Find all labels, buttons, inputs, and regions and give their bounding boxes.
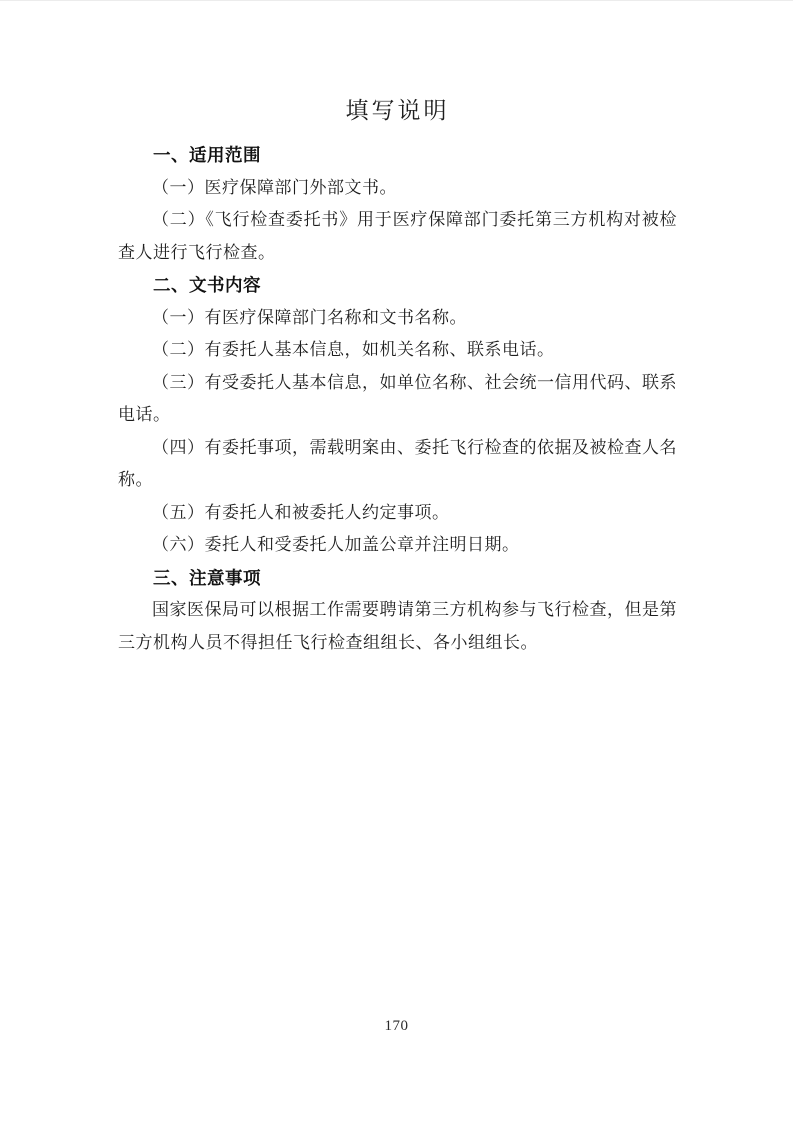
page-title: 填写说明 <box>118 96 677 126</box>
paragraph: （五）有委托人和被委托人约定事项。 <box>118 497 677 530</box>
page-number: 170 <box>0 1016 793 1036</box>
section-content: 二、文书内容 （一）有医疗保障部门名称和文书名称。 （二）有委托人基本信息，如机… <box>118 269 677 562</box>
document-body: 填写说明 一、适用范围 （一）医疗保障部门外部文书。 （二）《飞行检查委托书》用… <box>118 96 677 659</box>
paragraph: （三）有受委托人基本信息，如单位名称、社会统一信用代码、联系电话。 <box>118 367 677 432</box>
paragraph: （一）医疗保障部门外部文书。 <box>118 172 677 205</box>
paragraph: （一）有医疗保障部门名称和文书名称。 <box>118 302 677 335</box>
section-heading-notes: 三、注意事项 <box>118 562 677 595</box>
paragraph: （二）《飞行检查委托书》用于医疗保障部门委托第三方机构对被检查人进行飞行检查。 <box>118 204 677 269</box>
section-heading-content: 二、文书内容 <box>118 269 677 302</box>
paragraph: （四）有委托事项，需载明案由、委托飞行检查的依据及被检查人名称。 <box>118 432 677 497</box>
paragraph: （二）有委托人基本信息，如机关名称、联系电话。 <box>118 334 677 367</box>
section-scope: 一、适用范围 （一）医疗保障部门外部文书。 （二）《飞行检查委托书》用于医疗保障… <box>118 139 677 269</box>
document-page: 填写说明 一、适用范围 （一）医疗保障部门外部文书。 （二）《飞行检查委托书》用… <box>0 0 793 1122</box>
section-notes: 三、注意事项 国家医保局可以根据工作需要聘请第三方机构参与飞行检查，但是第三方机… <box>118 562 677 660</box>
paragraph: （六）委托人和受委托人加盖公章并注明日期。 <box>118 529 677 562</box>
paragraph: 国家医保局可以根据工作需要聘请第三方机构参与飞行检查，但是第三方机构人员不得担任… <box>118 594 677 659</box>
section-heading-scope: 一、适用范围 <box>118 139 677 172</box>
